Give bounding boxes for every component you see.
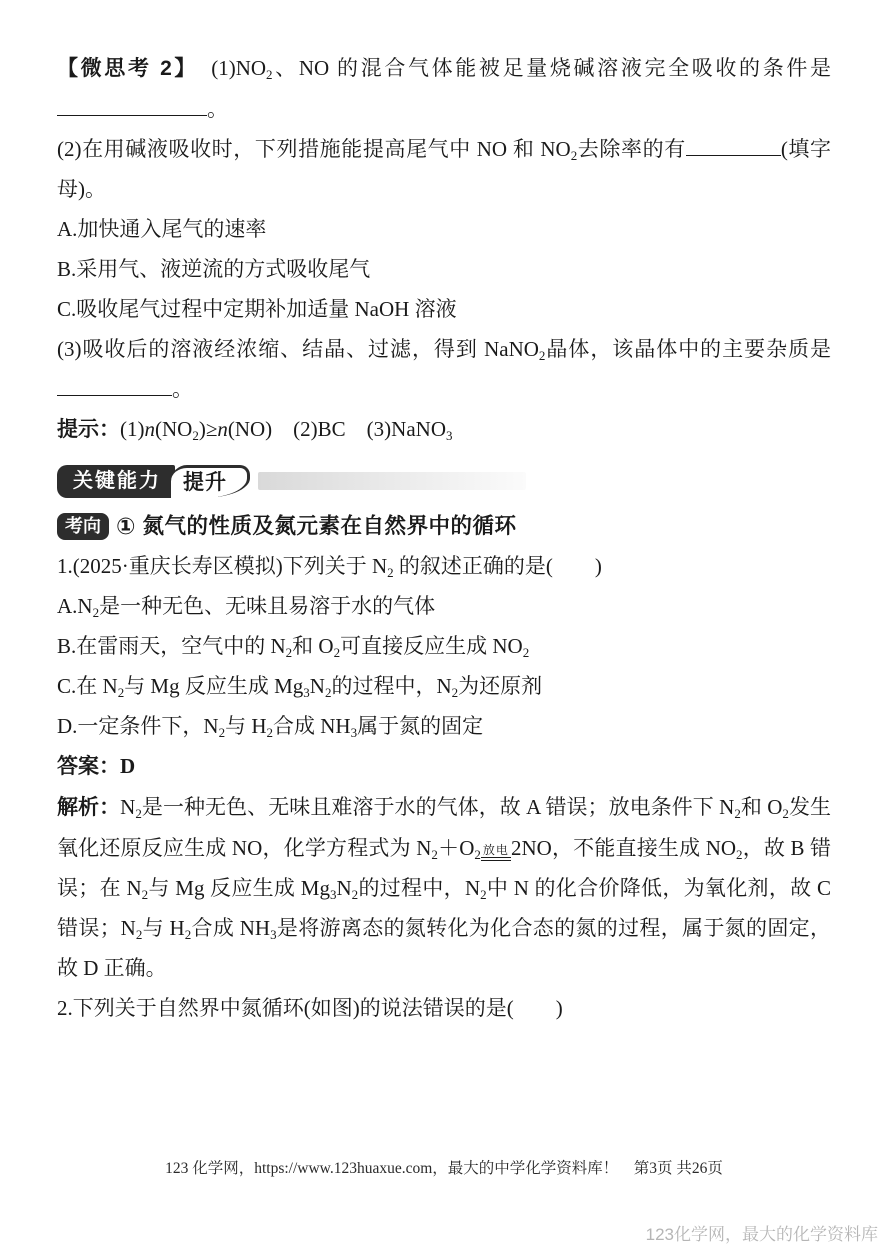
exam-direction-heading: 考向 ① 氮气的性质及氮元素在自然界中的循环 xyxy=(57,506,831,546)
document-page: 【微思考 2】 (1)NO2、NO 的混合气体能被足量烧碱溶液完全吸收的条件是。… xyxy=(0,0,888,1255)
banner-key-ability-label: 关键能力 xyxy=(57,465,175,498)
page-footer: 123 化学网，https://www.123huaxue.com，最大的中学化… xyxy=(0,1156,888,1178)
document-content: 【微思考 2】 (1)NO2、NO 的混合气体能被足量烧碱溶液完全吸收的条件是。… xyxy=(0,0,888,1028)
banner-gradient-bar xyxy=(258,472,526,490)
question-1-option-b: B.在雷雨天，空气中的 N2和 O2可直接反应生成 NO2 xyxy=(57,626,831,666)
question-1-option-d: D.一定条件下，N2与 H2合成 NH3属于氮的固定 xyxy=(57,706,831,746)
question-1-analysis: 解析：N2是一种无色、无味且难溶于水的气体，故 A 错误；放电条件下 N2和 O… xyxy=(57,787,831,988)
micro-think-2-option-c: C.吸收尾气过程中定期补加适量 NaOH 溶液 xyxy=(57,289,831,329)
exam-direction-badge: 考向 xyxy=(57,513,109,540)
micro-think-2-question-3: (3)吸收后的溶液经浓缩、结晶、过滤，得到 NaNO2晶体，该晶体中的主要杂质是… xyxy=(57,329,831,409)
micro-think-2-option-a: A.加快通入尾气的速率 xyxy=(57,209,831,249)
exam-direction-number-icon: ① xyxy=(116,506,135,546)
watermark: 123化学网，最大的化学资料库 xyxy=(646,1220,878,1245)
question-2-stem: 2.下列关于自然界中氮循环(如图)的说法错误的是( ) xyxy=(57,988,831,1028)
micro-think-2-option-b: B.采用气、液逆流的方式吸收尾气 xyxy=(57,249,831,289)
micro-think-2-question-2: (2)在用碱液吸收时，下列措施能提高尾气中 NO 和 NO2去除率的有(填字母)… xyxy=(57,129,831,209)
question-1-option-a: A.N2是一种无色、无味且易溶于水的气体 xyxy=(57,586,831,626)
micro-think-2-hint: 提示：(1)n(NO2)≥n(NO) (2)BC (3)NaNO3 xyxy=(57,409,831,450)
exam-direction-title: 氮气的性质及氮元素在自然界中的循环 xyxy=(142,506,516,546)
question-1-answer: 答案：D xyxy=(57,746,831,787)
micro-think-2-question-1: 【微思考 2】 (1)NO2、NO 的混合气体能被足量烧碱溶液完全吸收的条件是。 xyxy=(57,48,831,129)
section-banner: 关键能力 提升 xyxy=(57,464,831,498)
question-1-option-c: C.在 N2与 Mg 反应生成 Mg3N2的过程中，N2为还原剂 xyxy=(57,666,831,706)
question-1-stem: 1.(2025·重庆长寿区模拟)下列关于 N2 的叙述正确的是( ) xyxy=(57,546,831,586)
banner-promote-label: 提升 xyxy=(171,465,250,498)
